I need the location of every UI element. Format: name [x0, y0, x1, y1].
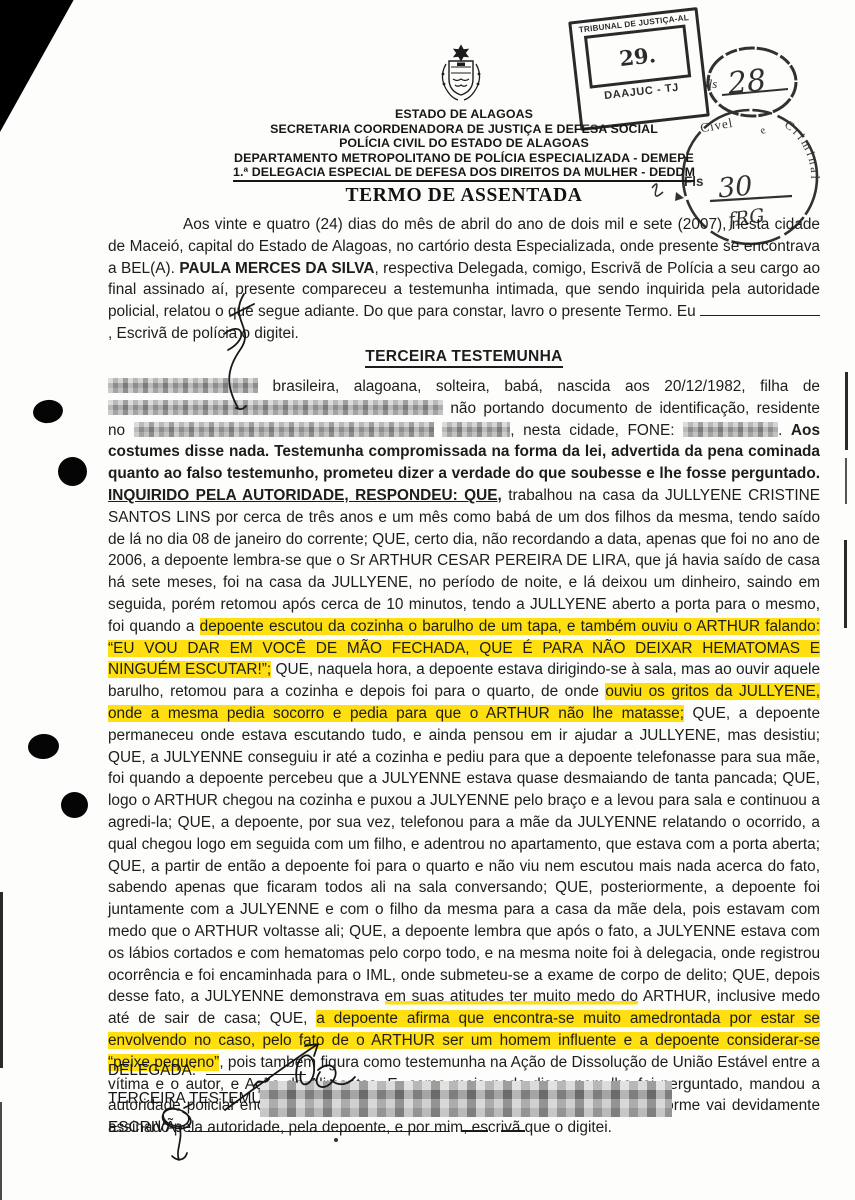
- redacted-text: [683, 422, 778, 437]
- signature-stroke: [225, 1044, 318, 1110]
- stamp-word-civel: Cível: [699, 115, 734, 136]
- scan-ink-blob: [61, 792, 88, 818]
- stamp-word-e: e: [758, 124, 768, 137]
- scan-edge-mark: [0, 892, 3, 1068]
- escriva-rubric-signature: [214, 290, 262, 412]
- emblem-shield: [449, 61, 473, 95]
- alagoas-coat-of-arms: [432, 44, 490, 106]
- escriva-signature-line-dash: [462, 1118, 488, 1132]
- delegada-signature: [200, 1028, 375, 1116]
- body-text: INQUIRIDO PELA AUTORIDADE, RESPONDEU: QU…: [108, 487, 502, 504]
- redacted-text: [442, 422, 510, 437]
- signature-stroke: [317, 1065, 336, 1087]
- body-text: trabalhou na casa da JULLYENE CRISTINE S…: [108, 487, 820, 635]
- body-text: brasileira, alagoana, solteira, babá, na…: [258, 378, 820, 395]
- signature-stroke: [172, 1153, 187, 1160]
- stamp-label-fls2: Fls: [684, 174, 704, 189]
- escriva-name-blank: [700, 302, 820, 316]
- escriva-signature-row: ESCRIVÃ:: [108, 1118, 820, 1137]
- signature-stroke: [178, 1126, 181, 1160]
- scan-edge-mark: [844, 540, 847, 628]
- emblem-star: [454, 45, 469, 61]
- scan-ink-blob: [58, 457, 87, 486]
- signature-stroke: [163, 1108, 191, 1128]
- signature-stroke: [254, 1079, 269, 1086]
- signature-stroke: [229, 294, 245, 408]
- body-text: .: [778, 422, 791, 439]
- folio-label-fls: fls: [705, 76, 717, 91]
- signature-stroke: [184, 1104, 192, 1108]
- redacted-text: [108, 400, 443, 415]
- body-text: , nesta cidade, FONE:: [510, 422, 683, 439]
- highlighted-text: em suas atitudes ter muito medo do: [385, 988, 638, 1005]
- body-text: , Escrivã de polícia o digitei.: [108, 325, 299, 342]
- stamp-word-criminal: Criminal: [782, 117, 822, 181]
- document-page: ESTADO DE ALAGOAS SECRETARIA COORDENADOR…: [0, 0, 855, 1200]
- scan-edge-mark: [845, 458, 847, 504]
- scan-edge-mark: [845, 372, 848, 450]
- escriva-signature-line-dash: [501, 1118, 525, 1132]
- body-text: [434, 422, 443, 439]
- testimony-paragraph: brasileira, alagoana, solteira, babá, na…: [108, 376, 820, 1139]
- body-text: QUE, a depoente permaneceu onde estava e…: [108, 705, 820, 1005]
- stamp-ink-mark: [675, 192, 684, 201]
- signature-stroke: [224, 329, 241, 350]
- delegada-label: DELEGADA:: [108, 1062, 196, 1079]
- signature-stroke: [230, 304, 254, 316]
- stamp-scribble: [652, 184, 663, 196]
- scan-ink-blob: [32, 398, 65, 425]
- scan-ink-blob: [27, 733, 60, 761]
- folio-number-28: 28: [725, 63, 768, 102]
- redacted-text: [134, 422, 434, 437]
- body-text: PAULA MERCES DA SILVA: [179, 260, 374, 277]
- escriva-signature-line: [188, 1119, 450, 1132]
- escriva-bottom-signature: [148, 1098, 212, 1162]
- signature-stroke: [296, 1055, 314, 1084]
- scan-edge-mark: [0, 1102, 2, 1200]
